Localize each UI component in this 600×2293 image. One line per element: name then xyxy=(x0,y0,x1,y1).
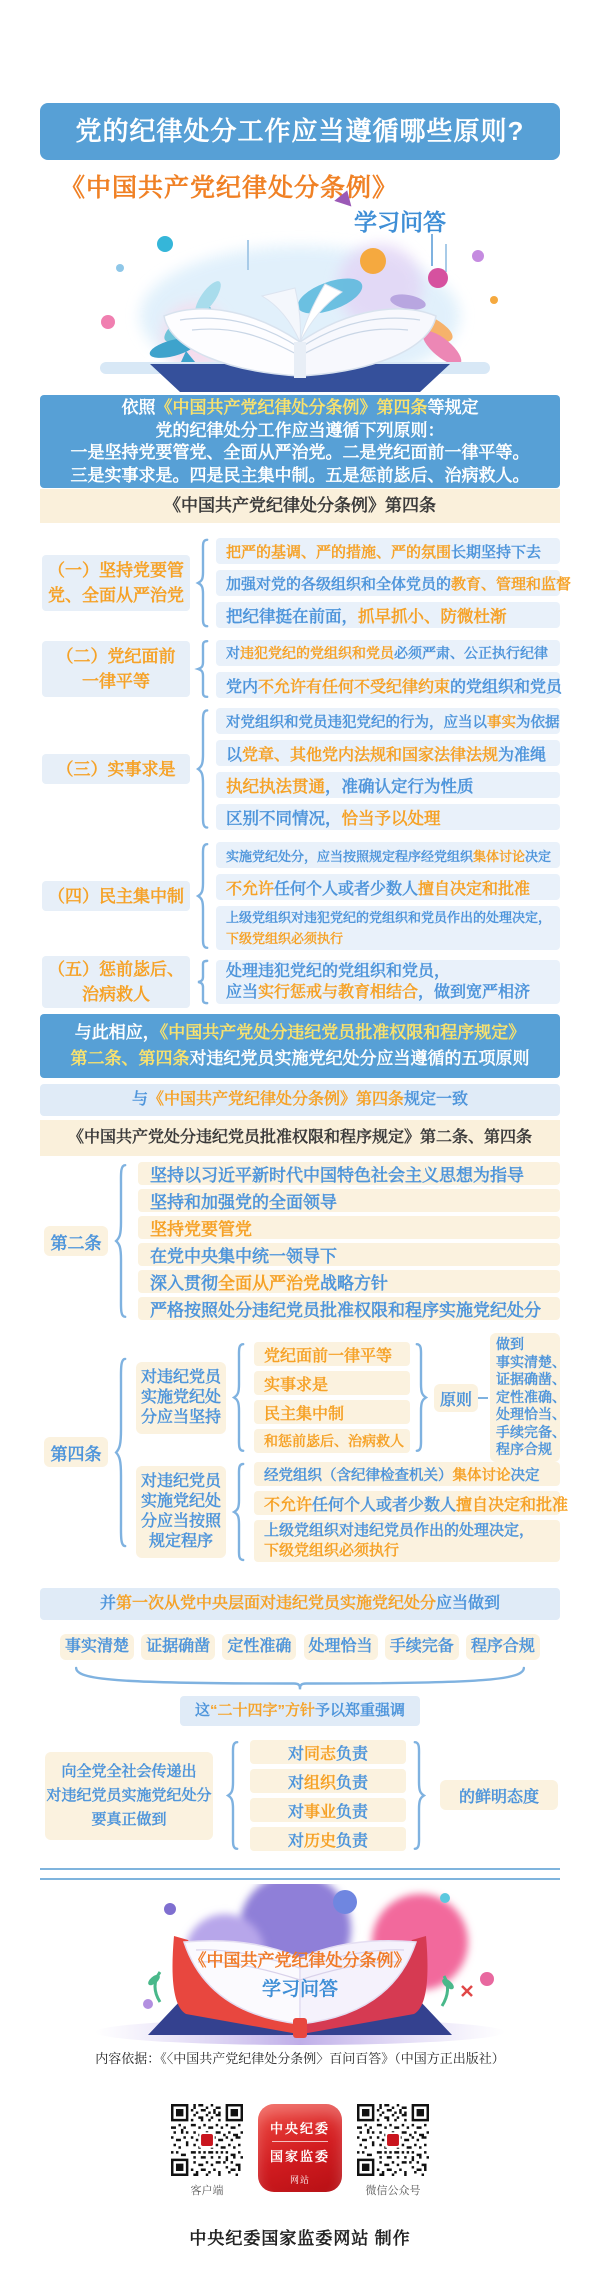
article-4-procedure-item: 经党组织（含纪律检查机关）集体讨论决定 xyxy=(254,1462,560,1486)
responsibility-item: 对历史负责 xyxy=(250,1827,406,1851)
principle-5-label: （五）惩前毖后、治病救人 xyxy=(42,956,190,1008)
intro-principles-banner: 依照《中国共产党纪律处分条例》第四条等规定党的纪律处分工作应当遵循下列原则：一是… xyxy=(40,395,560,488)
brace-left xyxy=(196,960,210,1004)
article-2-item: 坚持党要管党 xyxy=(138,1216,560,1239)
principle-3-item: 区别不同情况，恰当予以处理 xyxy=(216,804,560,830)
article-2-item: 坚持以习近平新时代中国特色社会主义思想为指导 xyxy=(138,1162,560,1185)
article-4-procedure-item: 上级党组织对违纪党员作出的处理决定，下级党组织必须执行 xyxy=(254,1520,560,1562)
principle-3-label: （三）实事求是 xyxy=(42,754,190,784)
article-4-principle-pill: 实事求是 xyxy=(254,1371,410,1395)
wechat-qr-code xyxy=(357,2104,429,2176)
brace-left xyxy=(226,1740,240,1851)
section-divider xyxy=(40,1868,560,1880)
brace-left xyxy=(196,842,210,950)
principle-3-item: 执纪执法贯通，准确认定行为性质 xyxy=(216,772,560,798)
article-4-principle-word: 原则 xyxy=(434,1384,478,1412)
principle-2-label: （二）党纪面前一律平等 xyxy=(42,641,190,697)
article-4-procedure-item: 不允许任何个人或者少数人擅自决定和批准 xyxy=(254,1491,560,1515)
responsibility-item: 对事业负责 xyxy=(250,1798,406,1822)
principle-4-item: 实施党纪处分，应当按照规定程序经党组织集体讨论决定 xyxy=(216,842,560,868)
article-2-item: 在党中央集中统一领导下 xyxy=(138,1243,560,1266)
article-4-principle-pill: 党纪面前一律平等 xyxy=(254,1342,410,1366)
brace-left xyxy=(114,1355,128,1550)
brace-left xyxy=(114,1162,128,1320)
brace-left xyxy=(196,640,210,698)
article-2-item: 严格按照处分违纪党员批准权限和程序实施党纪处分 xyxy=(138,1297,560,1320)
article-4-label: 第四条 xyxy=(44,1437,108,1467)
principle-4-item: 上级党组织对违犯党纪的党组织和党员作出的处理决定，下级党组织必须执行 xyxy=(216,906,560,950)
principle-1-item: 加强对党的各级组织和全体党员的教育、管理和监督 xyxy=(216,570,560,596)
brace-right xyxy=(414,1342,428,1453)
pill-item: 定性准确 xyxy=(222,1634,296,1660)
emphasis-strip: 这“二十四字”方针予以郑重强调 xyxy=(180,1696,420,1726)
article-4-principle-pill: 和惩前毖后、治病救人 xyxy=(254,1429,410,1453)
pill-item: 事实清楚 xyxy=(60,1634,134,1660)
principle-5-item: 处理违犯党纪的党组织和党员，应当实行惩戒与教育相结合，做到宽严相济 xyxy=(216,960,560,1004)
producer-credit: 中央纪委国家监委网站 制作 xyxy=(0,2224,600,2249)
alignment-note: 与《中国共产党纪律处分条例》第四条规定一致 xyxy=(40,1084,560,1116)
connector-dash xyxy=(478,1397,488,1399)
brace-right xyxy=(412,1740,426,1851)
closing-book-title: 《中国共产党纪律处分条例》 xyxy=(100,1946,500,1971)
article-2-label: 第二条 xyxy=(44,1226,108,1256)
principle-3-item: 对党组织和党员违犯党纪的行为，应当以事实为依据 xyxy=(216,708,560,734)
app-icon-line3: 网站 xyxy=(258,2173,342,2186)
content-source-note: 内容依据：《〈中国共产党纪律处分条例〉百问百答》（中国方正出版社） xyxy=(0,2048,600,2067)
qr-label-wechat: 微信公众号 xyxy=(333,2182,453,2198)
responsibility-item: 对同志负责 xyxy=(250,1740,406,1764)
principle-2-item: 对违犯党纪的党组织和党员必须严肃、公正执行纪律 xyxy=(216,640,560,666)
open-book-illustration xyxy=(80,226,520,396)
regulation-reference-1: 《中国共产党纪律处分条例》第四条 xyxy=(40,489,560,523)
article-2-item: 坚持和加强党的全面领导 xyxy=(138,1189,560,1212)
principle-4-label: （四）民主集中制 xyxy=(42,881,190,911)
ccdi-app-icon: 中央纪委 国家监委 网站 xyxy=(258,2104,342,2192)
app-icon-divider xyxy=(272,2141,328,2142)
brace-left xyxy=(196,538,210,628)
closing-book-subtitle: 学习问答 xyxy=(200,1974,400,2001)
central-emphasis-strip: 并第一次从党中央层面对违纪党员实施党纪处分应当做到 xyxy=(40,1588,560,1620)
infographic-poster: 党的纪律处分工作应当遵循哪些原则? 《中国共产党纪律处分条例》 学习问答 xyxy=(0,0,600,2293)
brace-left xyxy=(232,1342,246,1453)
qr-label-client: 客户端 xyxy=(147,2182,267,2198)
brace-left xyxy=(232,1462,246,1562)
brace-horizontal xyxy=(70,1664,530,1690)
article-4-principle-pill: 民主集中制 xyxy=(254,1400,410,1424)
principle-3-item: 以党章、其他党内法规和国家法律法规为准绳 xyxy=(216,740,560,766)
principle-1-item: 把严的基调、严的措施、严的氛围长期坚持下去 xyxy=(216,538,560,564)
article-4-branch-a-label: 对违纪党员实施党纪处分应当坚持 xyxy=(136,1362,226,1434)
brace-left xyxy=(196,708,210,830)
pill-item: 程序合规 xyxy=(466,1634,540,1660)
regulation-reference-2: 《中国共产党处分违纪党员批准权限和程序规定》第二条、第四条 xyxy=(40,1120,560,1156)
bottom-right-box: 的鲜明态度 xyxy=(440,1780,558,1810)
page-title: 党的纪律处分工作应当遵循哪些原则? xyxy=(40,103,560,160)
principle-4-item: 不允许任何个人或者少数人擅自决定和批准 xyxy=(216,874,560,900)
pill-item: 处理恰当 xyxy=(304,1634,378,1660)
article-4-result-box: 做到事实清楚、证据确凿、定性准确、处理恰当、手续完备、程序合规 xyxy=(490,1333,560,1462)
bottom-left-box: 向全党全社会传递出对违纪党员实施党纪处分要真正做到 xyxy=(45,1752,213,1840)
pill-item: 证据确凿 xyxy=(141,1634,215,1660)
article-2-item: 深入贯彻全面从严治党战略方针 xyxy=(138,1270,560,1293)
principle-2-item: 党内不允许有任何不受纪律约束的党组织和党员 xyxy=(216,672,560,698)
app-icon-line1: 中央纪委 xyxy=(258,2118,342,2137)
related-regulation-banner: 与此相应，《中国共产党处分违纪党员批准权限和程序规定》第二条、第四条对违纪党员实… xyxy=(40,1014,560,1078)
responsibility-item: 对组织负责 xyxy=(250,1769,406,1793)
principle-1-label: （一）坚持党要管党、全面从严治党 xyxy=(42,555,190,611)
pill-item: 手续完备 xyxy=(385,1634,459,1660)
app-qr-code xyxy=(171,2104,243,2176)
article-4-branch-b-label: 对违纪党员实施党纪处分应当按照规定程序 xyxy=(136,1466,226,1558)
principle-1-item: 把纪律挺在前面，抓早抓小、防微杜渐 xyxy=(216,602,560,628)
24-character-pills: 事实清楚 证据确凿 定性准确 处理恰当 手续完备 程序合规 xyxy=(60,1634,540,1660)
app-icon-line2: 国家监委 xyxy=(258,2146,342,2165)
